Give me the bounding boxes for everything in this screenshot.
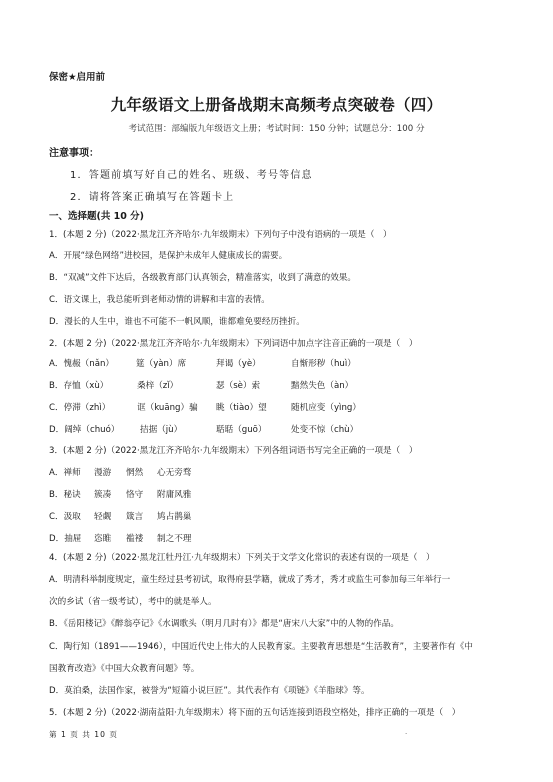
grid-cell: 簇凑 (94, 488, 111, 500)
grid-cell: 黯然失色（àn） (291, 379, 353, 391)
question-option-continued: 国教育改造》《中国大众教育问题》等。 (49, 662, 199, 674)
question-option: D．漫长的人生中，谁也不可能不一帆风顺，谁都难免要经历挫折。 (49, 315, 305, 327)
question-option: B．“双减”文件下达后，各级教育部门认真领会，精准落实，收到了满意的效果。 (49, 271, 356, 283)
notice-item: 2．请将答案正确填写在答题卡上 (70, 188, 234, 203)
question-stem: 2．(本题 2 分)（2022·黑龙江齐齐哈尔·九年级期末）下列词语中加点字注音… (49, 337, 417, 349)
grid-cell: 惘然 (126, 466, 143, 478)
grid-cell: 拮据（jù） (140, 423, 182, 435)
grid-cell: 心无旁骛 (157, 466, 191, 478)
page-title: 九年级语文上册备战期末高频考点突破卷（四） (0, 93, 553, 115)
confidential-label: 保密★启用前 (49, 69, 105, 83)
grid-cell: 拜谒（yè） (216, 357, 261, 369)
question-option: A．开展“绿色网络”进校园，是保护未成年人健康成长的需要。 (49, 249, 287, 261)
question-option: B．《岳阳楼记》《醉翁亭记》《水调歌头（明月几时有）》都是“唐宋八大家”中的人物… (49, 617, 399, 629)
grid-cell: C．停滞（zhì） (49, 401, 110, 413)
grid-cell: 随机应变（yìng） (291, 401, 361, 413)
grid-cell: 漫游 (94, 466, 111, 478)
grid-cell: D．阔绰（chuó） (49, 423, 119, 435)
question-stem: 3．(本题 2 分)（2022·黑龙江齐齐哈尔·九年级期末）下列各组词语书写完全… (49, 444, 417, 456)
question-option: D．莫泊桑，法国作家，被誉为“短篇小说巨匠”。其代表作有《项链》《羊脂球》等。 (49, 684, 370, 696)
question-stem: 4．(本题 2 分)（2022·黑龙江牡丹江·九年级期末）下列关于文学文化常识的… (49, 551, 435, 563)
notice-heading: 注意事项： (49, 144, 99, 159)
grid-cell: 制之不理 (157, 532, 191, 544)
grid-cell: C．汲取 (49, 510, 81, 522)
question-stem: 5．(本题 2 分)（2022·湖南益阳·九年级期末）将下面的五句话连接到语段空… (49, 706, 460, 718)
question-option: A．明清科举制度规定，童生经过县考初试，取得府县学籍，就成了秀才，秀才或监生可参… (49, 573, 450, 585)
grid-cell: 眺（tiào）望 (216, 401, 267, 413)
grid-cell: 处变不惊（chù） (291, 423, 358, 435)
question-option-continued: 次的乡试（省一级考试），考中的就是举人。 (49, 595, 217, 607)
question-stem: 1．(本题 2 分)（2022·黑龙江齐齐哈尔·九年级期末）下列句子中没有语病的… (49, 228, 392, 240)
grid-cell: B．存恤（xù） (49, 379, 108, 391)
question-option: C．陶行知（1891——1946），中国近代史上伟大的人民教育家。主要教育思想是… (49, 640, 473, 652)
grid-cell: B．秘诀 (49, 488, 81, 500)
grid-cell: 箴言 (126, 510, 143, 522)
grid-cell: 瑟（sè）索 (216, 379, 260, 391)
section-heading: 一、选择题(共 10 分) (49, 208, 144, 222)
grid-cell: 鸠占鹊巢 (157, 510, 191, 522)
grid-cell: 附庸风雅 (157, 488, 191, 500)
grid-cell: 诓（kuāng）骗 (137, 401, 198, 413)
page-number: 第 1 页 共 10 页 (49, 729, 118, 740)
exam-scope: 考试范围：部编版九年级语文上册；考试时间：150 分钟；试题总分：100 分 (0, 122, 553, 134)
grid-cell: 轻觑 (94, 510, 111, 522)
grid-cell: 恣睢 (94, 532, 111, 544)
grid-cell: 聒聒（guō） (216, 423, 267, 435)
grid-cell: 恪守 (126, 488, 143, 500)
grid-cell: 褴褛 (126, 532, 143, 544)
question-option: C．语文课上，我总能听到老师动情的讲解和丰富的表情。 (49, 293, 270, 305)
grid-cell: D．抽屉 (49, 532, 81, 544)
grid-cell: A．禅师 (49, 466, 81, 478)
grid-cell: 筵（yàn）席 (136, 357, 186, 369)
footer-mark: . (405, 728, 407, 736)
notice-item: 1．答题前填写好自己的姓名、班级、考号等信息 (70, 166, 313, 181)
grid-cell: 自惭形秽（huì） (291, 357, 356, 369)
grid-cell: A．愧赧（nǎn） (49, 357, 114, 369)
grid-cell: 桑梓（zǐ） (137, 379, 178, 391)
